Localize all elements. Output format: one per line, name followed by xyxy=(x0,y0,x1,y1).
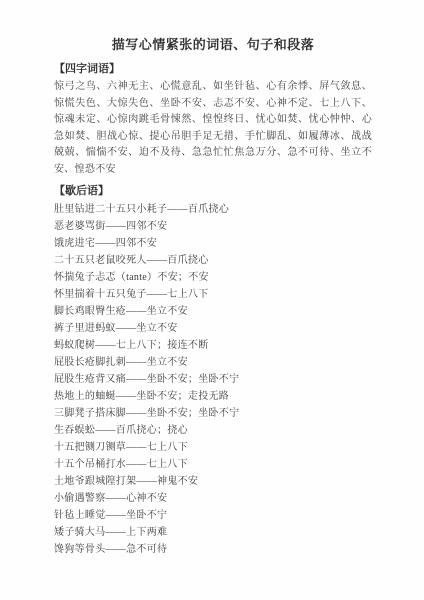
xiehouyu-item: 脚长鸡眼臀生疮——坐立不安 xyxy=(54,303,372,320)
section-xiehouyu: 【歇后语】 肚里钻进二十五只小耗子——百爪挠心 恶老婆骂街——四邻不安 饿虎进宅… xyxy=(54,184,372,558)
xiehouyu-item: 土地爷跟城隍打架——神鬼不安 xyxy=(54,473,372,490)
xiehouyu-item: 蚂蚁爬树——七上八下；接连不断 xyxy=(54,337,372,354)
xiehouyu-item: 针毡上睡觉——坐卧不宁 xyxy=(54,507,372,524)
xiehouyu-item: 怀里揣着十五只兔子——七上八下 xyxy=(54,286,372,303)
xiehouyu-item: 生吞蜈蚣——百爪挠心；挠心 xyxy=(54,422,372,439)
xiehouyu-item: 馋狗等骨头——急不可待 xyxy=(54,541,372,558)
four-char-words-paragraph: 惊弓之鸟、六神无主、心慌意乱、如坐针毡、心有余悸、屏气敛息、惊慌失色、大惊失色、… xyxy=(54,79,372,178)
xiehouyu-item: 裤子里进蚂蚁——坐立不安 xyxy=(54,320,372,337)
section-header-four-char-words: 【四字词语】 xyxy=(54,62,372,76)
xiehouyu-item: 十五个吊桶打水——七上八下 xyxy=(54,456,372,473)
section-four-char-words: 【四字词语】 惊弓之鸟、六神无主、心慌意乱、如坐针毡、心有余悸、屏气敛息、惊慌失… xyxy=(54,62,372,178)
xiehouyu-item: 矮子骑大马——上下两难 xyxy=(54,524,372,541)
xiehouyu-item: 怀揣兔子忐忑（tante）不安；不安 xyxy=(54,269,372,286)
xiehouyu-item: 热地上的蚰蜒——坐卧不安；走投无路 xyxy=(54,388,372,405)
section-header-xiehouyu: 【歇后语】 xyxy=(54,184,372,198)
xiehouyu-item: 饿虎进宅——四邻不安 xyxy=(54,235,372,252)
xiehouyu-item: 十五把铡刀铡草——七上八下 xyxy=(54,439,372,456)
xiehouyu-item: 三脚凳子搭床脚——坐卧不安；坐卧不宁 xyxy=(54,405,372,422)
xiehouyu-item: 肚里钻进二十五只小耗子——百爪挠心 xyxy=(54,201,372,218)
xiehouyu-list: 肚里钻进二十五只小耗子——百爪挠心 恶老婆骂街——四邻不安 饿虎进宅——四邻不安… xyxy=(54,201,372,558)
xiehouyu-item: 二十五只老鼠咬死人——百爪挠心 xyxy=(54,252,372,269)
xiehouyu-item: 小偷遇警察——心神不安 xyxy=(54,490,372,507)
document-page: 描写心情紧张的词语、句子和段落 【四字词语】 惊弓之鸟、六神无主、心慌意乱、如坐… xyxy=(0,0,424,600)
page-title: 描写心情紧张的词语、句子和段落 xyxy=(54,36,372,54)
xiehouyu-item: 屁股生疮背又痛——坐卧不安；坐卧不宁 xyxy=(54,371,372,388)
xiehouyu-item: 恶老婆骂街——四邻不安 xyxy=(54,218,372,235)
xiehouyu-item: 屁股长疮脚扎刺——坐立不安 xyxy=(54,354,372,371)
